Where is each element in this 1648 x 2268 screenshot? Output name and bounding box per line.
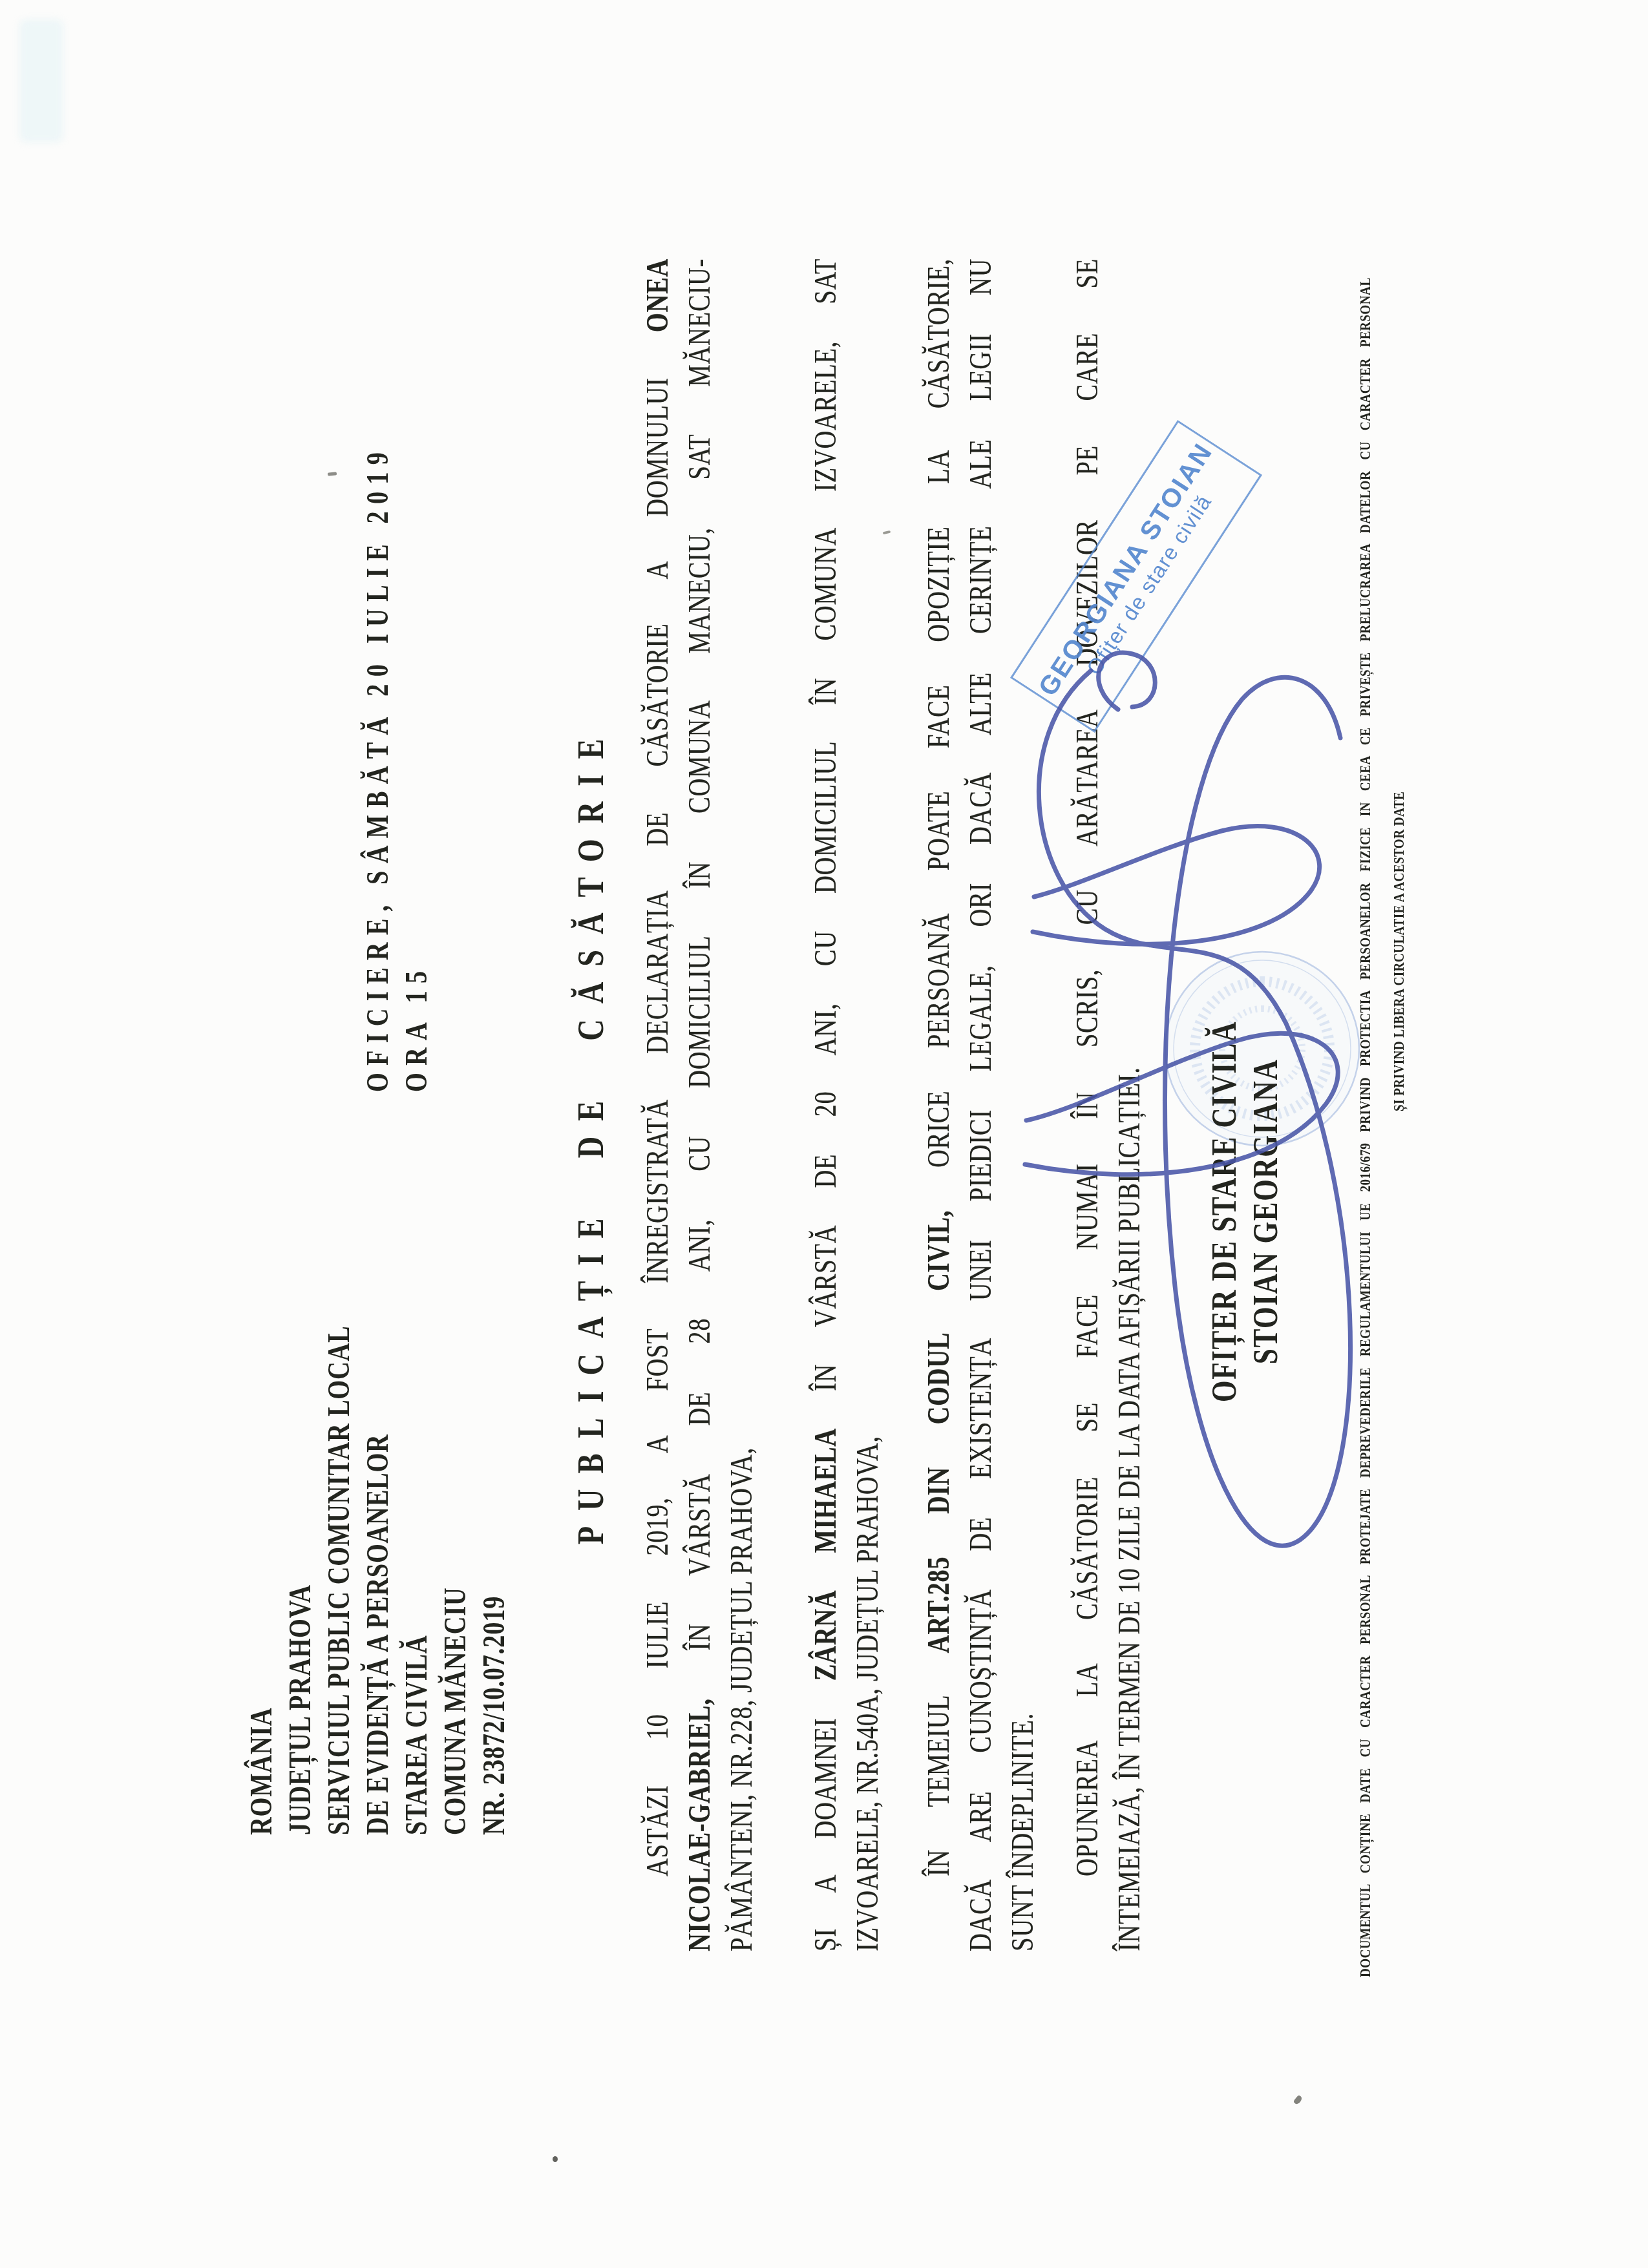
body-text: SUNT ÎNDEPLINITE. [1006, 1713, 1040, 1951]
header-service: SERVICIUL PUBLIC COMUNITAR LOCAL [320, 1008, 359, 1835]
groom-name-part: NICOLAE-GABRIEL, [682, 1698, 717, 1951]
scanned-page: ROMÂNIA JUDEȚUL PRAHOVA SERVICIUL PUBLIC… [0, 0, 1648, 2268]
document-title: PUBLICAȚIE DE CĂSĂTORIE [569, 288, 612, 1980]
header-civil-status: STAREA CIVILĂ [397, 1008, 436, 1835]
groom-name-part: ONEA [640, 258, 675, 332]
body-text: DACĂ ARE CUNOȘTINȚĂ DE EXISTENȚA UNEI PI… [964, 258, 998, 1951]
ceremony-header-block: OFICIERE, SÂMBĂTĂ 20 IULIE 2019 ORA 15 [359, 317, 436, 1092]
body-text: ÎN TEMEIUL [922, 1653, 956, 1876]
body-text: PĂMÂNTENI, NR.228, JUDEȚUL PRAHOVA, [724, 1447, 759, 1951]
body-text: ORICE PERSOANĂ POATE FACE OPOZIȚIE LA CĂ… [922, 258, 956, 1210]
body-line: PĂMÂNTENI, NR.228, JUDEȚUL PRAHOVA, [721, 258, 763, 1951]
body-text: ÎN VÂRSTĂ DE 28 ANI, CU DOMICILIUL ÎN CO… [682, 258, 717, 1698]
body-line: NICOLAE-GABRIEL, ÎN VÂRSTĂ DE 28 ANI, CU… [679, 258, 721, 1951]
body-text: IZVOARELE, NR.540A, JUDEȚUL PRAHOVA, [850, 1436, 885, 1951]
header-service-2: DE EVIDENȚĂ A PERSOANELOR [359, 1008, 397, 1835]
body-line: ÎN TEMEIUL ART.285 DIN CODUL CIVIL, ORIC… [918, 258, 960, 1951]
header-commune: COMUNA MĂNECIU [436, 1008, 475, 1835]
body-line: ASTĂZI 10 IULIE 2019, A FOST ÎNREGISTRAT… [637, 258, 679, 1951]
scan-speck [553, 2156, 558, 2162]
paragraph-bride: ȘI A DOAMNEI ZÂRNĂ MIHAELA ÎN VÂRSTĂ DE … [805, 258, 889, 1951]
header-registration-number: NR. 23872/10.07.2019 [475, 1008, 514, 1835]
paragraph-groom: ASTĂZI 10 IULIE 2019, A FOST ÎNREGISTRAT… [637, 258, 763, 1951]
header-county: JUDEȚUL PRAHOVA [281, 1008, 320, 1835]
issuer-header-block: ROMÂNIA JUDEȚUL PRAHOVA SERVICIUL PUBLIC… [242, 1008, 514, 1835]
handwritten-signature [1008, 627, 1396, 1609]
marriage-publication-document: ROMÂNIA JUDEȚUL PRAHOVA SERVICIUL PUBLIC… [0, 0, 1648, 2268]
bride-name: ZÂRNĂ MIHAELA [808, 1428, 843, 1681]
law-article: ART.285 DIN CODUL CIVIL, [922, 1210, 956, 1654]
body-line: DACĂ ARE CUNOȘTINȚĂ DE EXISTENȚA UNEI PI… [960, 258, 1002, 1951]
header-country: ROMÂNIA [242, 1008, 281, 1835]
ceremony-date-line: OFICIERE, SÂMBĂTĂ 20 IULIE 2019 [359, 317, 397, 1092]
ceremony-time-line: ORA 15 [397, 317, 436, 1092]
body-text: ASTĂZI 10 IULIE 2019, A FOST ÎNREGISTRAT… [640, 332, 675, 1876]
body-line: ȘI A DOAMNEI ZÂRNĂ MIHAELA ÎN VÂRSTĂ DE … [805, 258, 847, 1951]
footer-privacy-line-1: DOCUMENTUL CONȚINE DATE CU CARACTER PERS… [1356, 278, 1375, 1977]
body-line: IZVOARELE, NR.540A, JUDEȚUL PRAHOVA, [847, 258, 889, 1951]
footer-privacy-line-2: ȘI PRIVIND LIBERA CIRCULATIE A ACESTOR D… [1389, 792, 1409, 1111]
body-text: ÎN VÂRSTĂ DE 20 ANI, CU DOMICILIUL ÎN CO… [808, 258, 843, 1428]
body-text: ȘI A DOAMNEI [808, 1681, 843, 1951]
